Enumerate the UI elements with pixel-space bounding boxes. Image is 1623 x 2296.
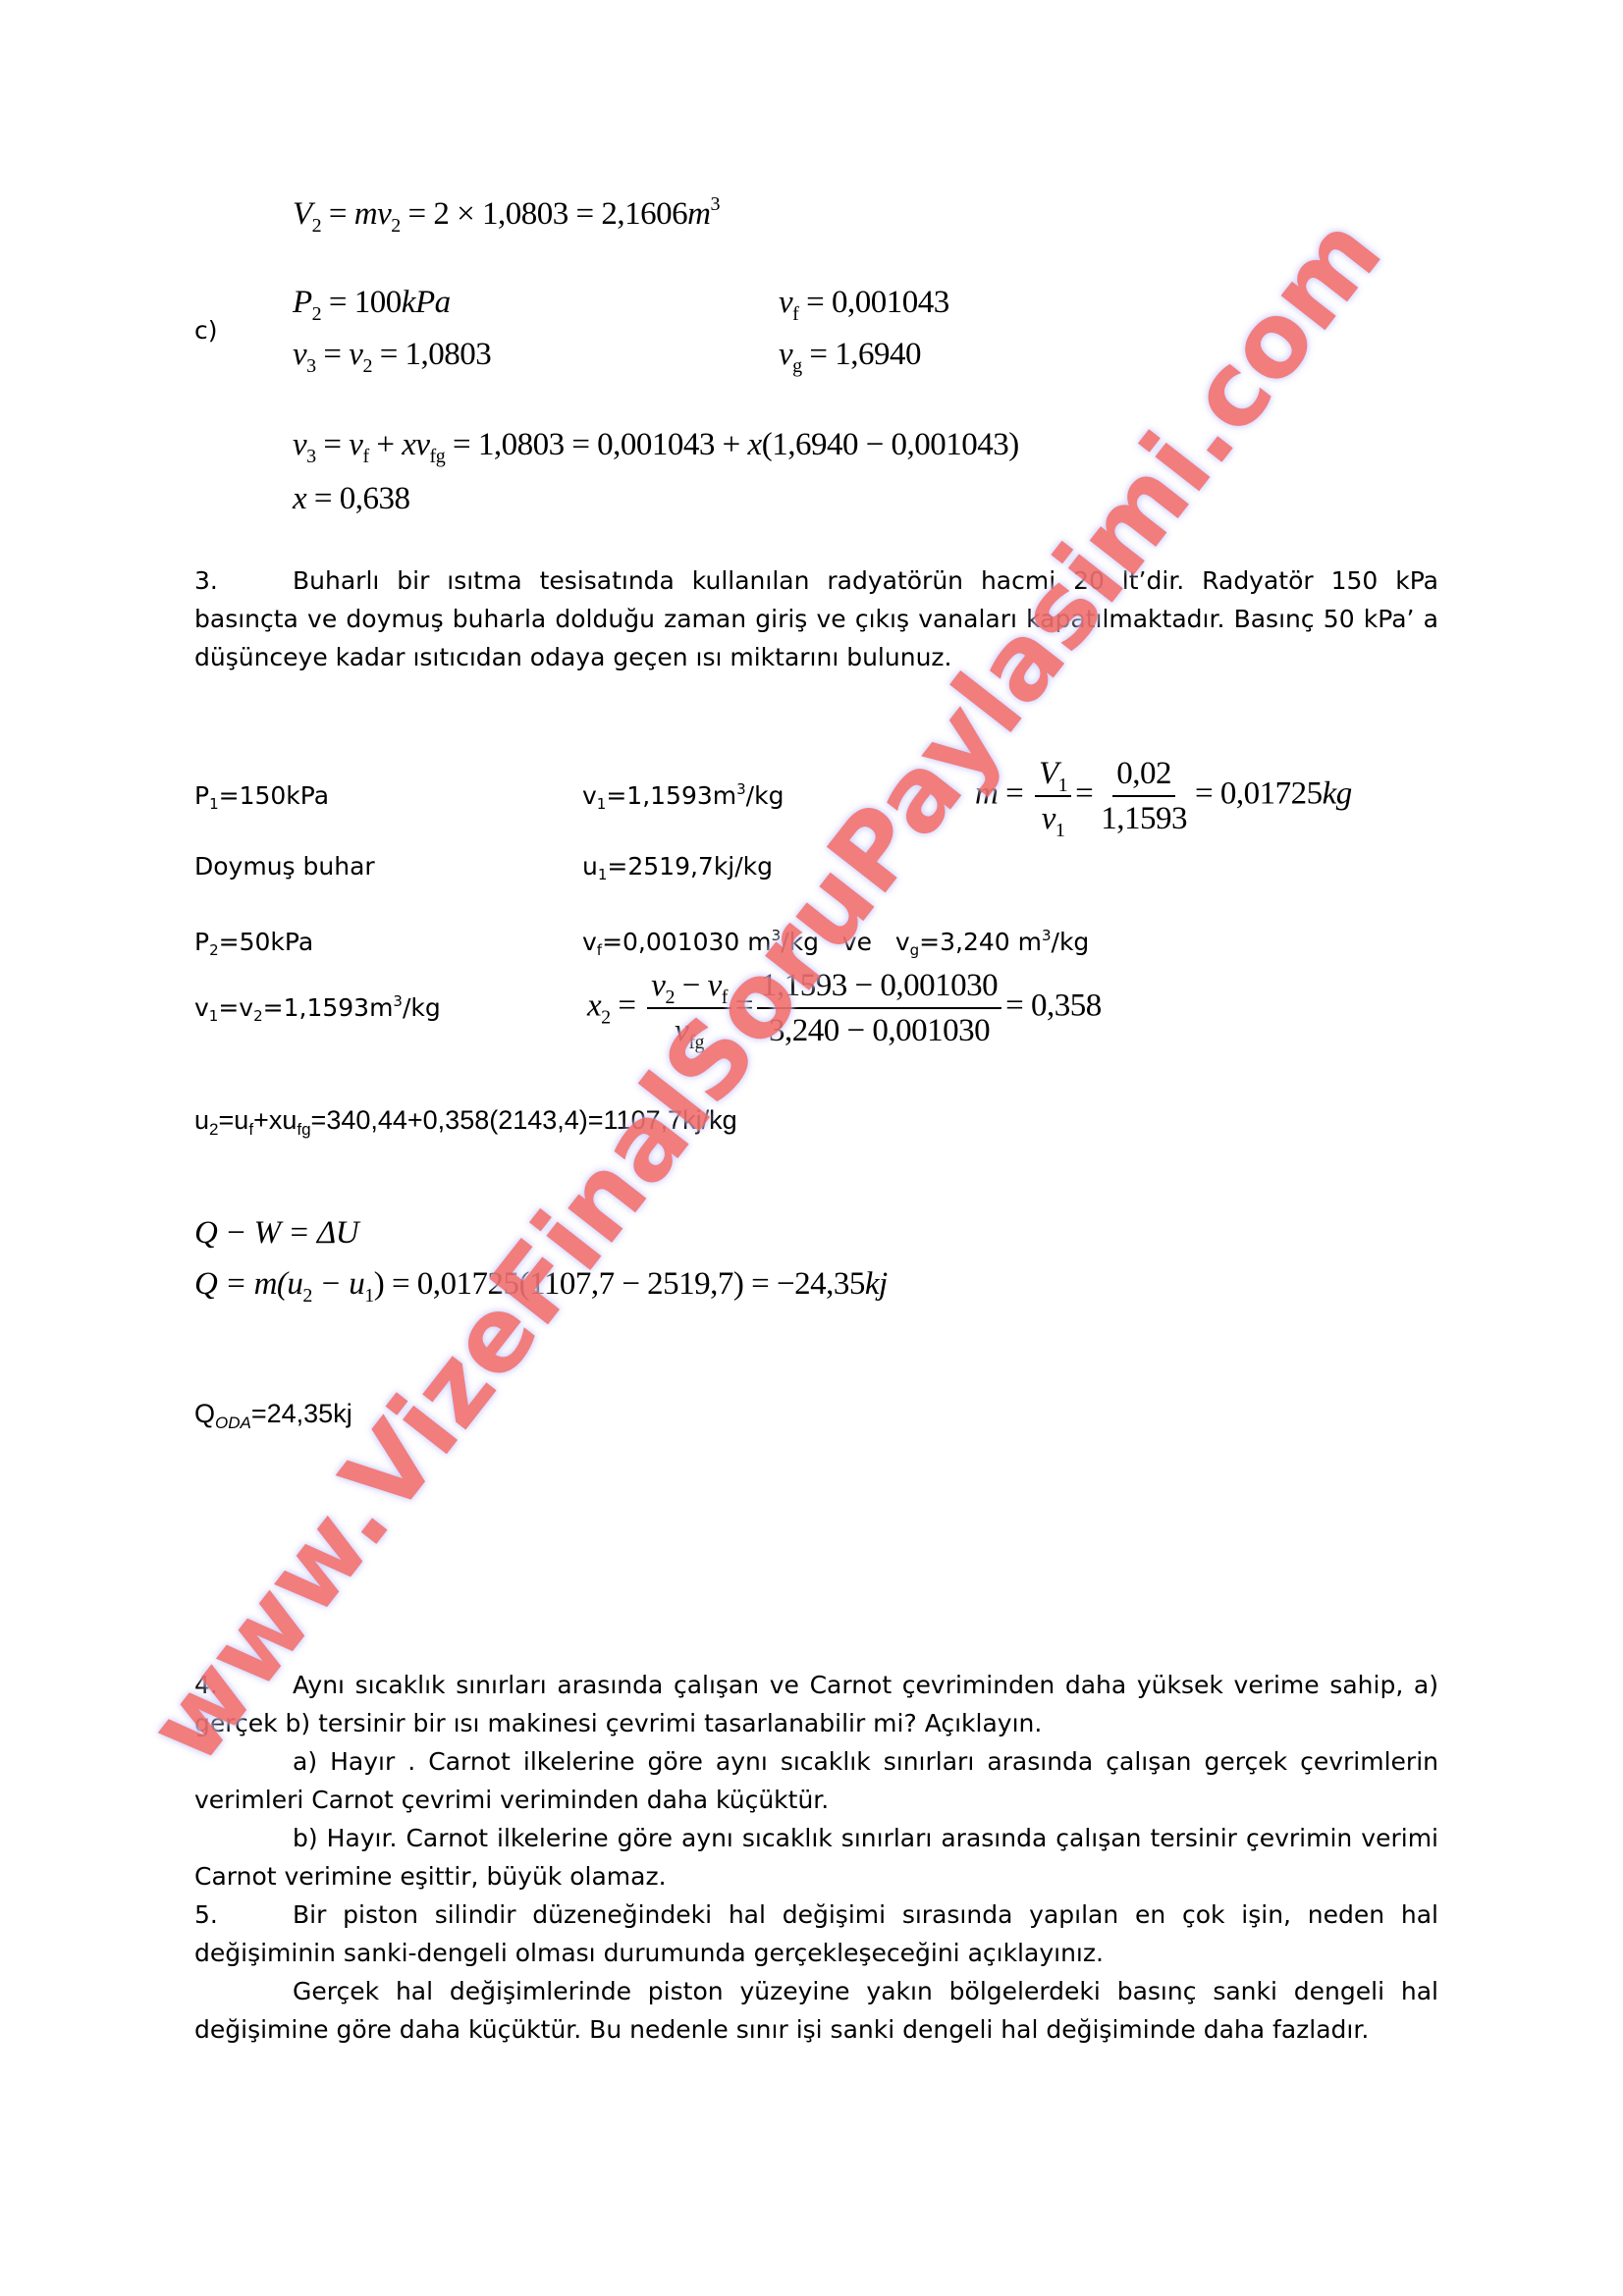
quality-equation-c: v3 = vf + xvfg = 1,0803 = 0,001043 + x(1…	[293, 427, 1019, 463]
given-p2: P2=50kPa	[194, 928, 313, 956]
u2-equation: u2=uf+xufg=340,44+0,358(2143,4)=1107,7kj…	[194, 1105, 737, 1136]
document-page: V2 = mv2 = 2 × 1,0803 = 2,1606m3 c) P2 =…	[0, 0, 1623, 2296]
given-p1: P1=150kPa	[194, 781, 329, 810]
q-oda-result: QODA=24,35kj	[194, 1399, 352, 1429]
question-4: 4.Aynı sıcaklık sınırları arasında çalış…	[194, 1666, 1438, 1896]
question-5: 5.Bir piston silindir düzeneğindeki hal …	[194, 1896, 1438, 2049]
answer-5: Gerçek hal değişimlerinde piston yüzeyin…	[194, 1972, 1438, 2049]
given-v1: v1=1,1593m3/kg	[582, 781, 784, 810]
first-law: Q − W = ΔU	[194, 1215, 358, 1252]
quality-result-c: x = 0,638	[293, 481, 410, 517]
given-state: Doymuş buhar	[194, 852, 375, 881]
part-c-label: c)	[194, 316, 218, 345]
answer-4b: b) Hayır. Carnot ilkelerine göre aynı sı…	[194, 1819, 1438, 1896]
given-vf-vg: vf=0,001030 m3/kg ve vg=3,240 m3/kg	[582, 928, 1089, 956]
given-v1-v2: v1=v2=1,1593m3/kg	[194, 993, 441, 1022]
mass-equation: m = V1v1=0,021,1593= 0,01725kg	[975, 754, 1352, 838]
vf-given: vf = 0,001043	[779, 285, 949, 321]
vg-given: vg = 1,6940	[779, 337, 921, 373]
p2-given: P2 = 100kPa	[293, 285, 451, 321]
quality-equation-3: x2 = v2 − vfvfg=1,1593 − 0,0010303,240 −…	[587, 966, 1102, 1050]
v2-equation: V2 = mv2 = 2 × 1,0803 = 2,1606m3	[293, 196, 720, 233]
v3-given: v3 = v2 = 1,0803	[293, 337, 491, 373]
answer-4a: a) Hayır . Carnot ilkelerine göre aynı s…	[194, 1742, 1438, 1819]
question-3: 3.Buharlı bir ısıtma tesisatında kullanı…	[194, 561, 1438, 676]
heat-equation: Q = m(u2 − u1) = 0,01725(1107,7 − 2519,7…	[194, 1266, 888, 1303]
given-u1: u1=2519,7kj/kg	[582, 852, 773, 881]
